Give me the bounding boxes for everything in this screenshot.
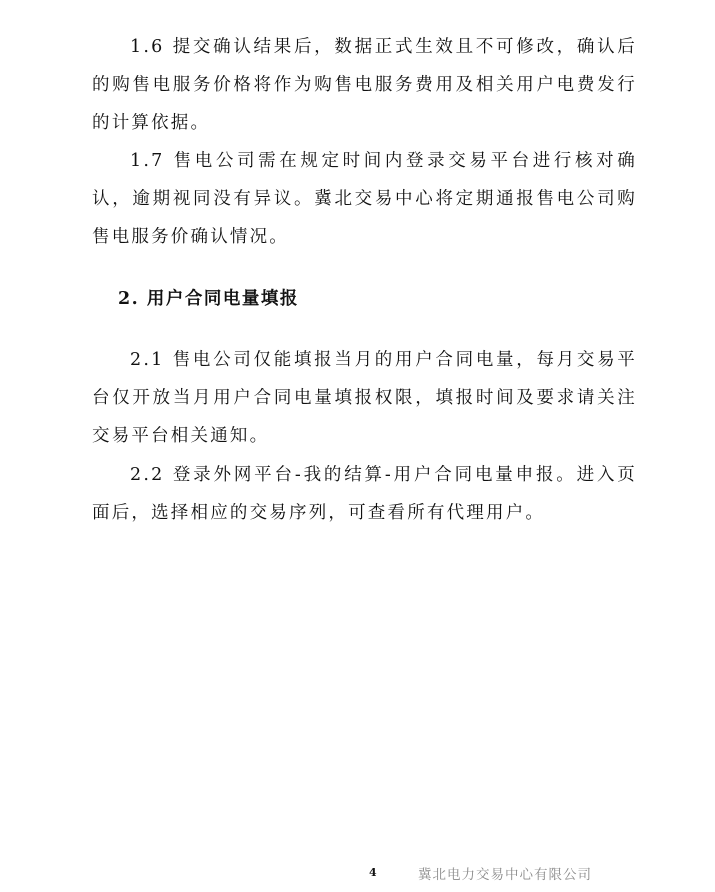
paragraph-2-1: 2.1 售电公司仅能填报当月的用户合同电量，每月交易平台仅开放当月用户合同电量填… bbox=[92, 341, 637, 455]
paragraph-2-2: 2.2 登录外网平台-我的结算-用户合同电量申报。进入页面后，选择相应的交易序列… bbox=[92, 456, 637, 532]
document-page: 1.6 提交确认结果后，数据正式生效且不可修改，确认后的购售电服务价格将作为购售… bbox=[0, 0, 715, 892]
paragraph-1-7: 1.7 售电公司需在规定时间内登录交易平台进行核对确认，逾期视同没有异议。冀北交… bbox=[92, 142, 637, 256]
section-heading: 2. 用户合同电量填报 bbox=[118, 280, 299, 318]
footer-organization: 冀北电力交易中心有限公司 bbox=[418, 863, 592, 883]
page-number: 4 bbox=[369, 866, 377, 879]
page-footer: 4 冀北电力交易中心有限公司 bbox=[0, 862, 715, 886]
paragraph-1-6: 1.6 提交确认结果后，数据正式生效且不可修改，确认后的购售电服务价格将作为购售… bbox=[92, 28, 637, 142]
